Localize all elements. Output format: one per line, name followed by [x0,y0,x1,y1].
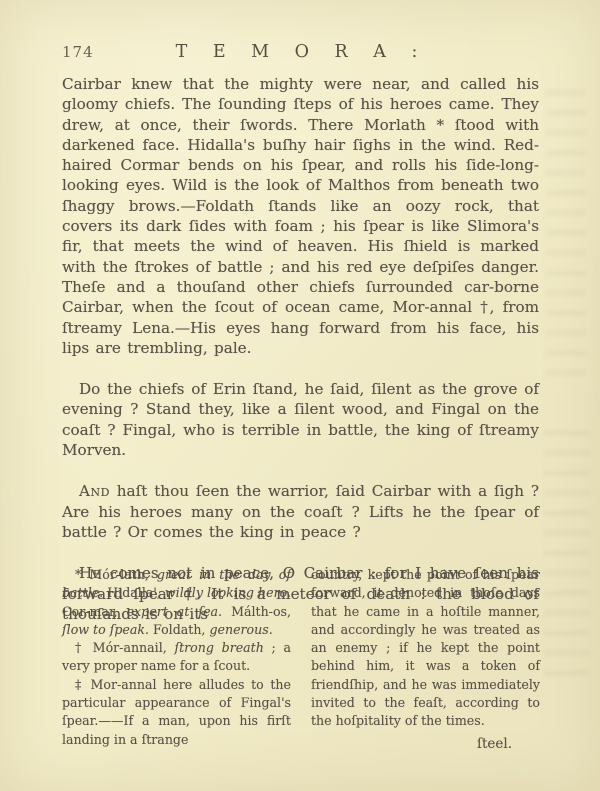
verso-bleedthrough [546,90,586,390]
text-segment: And [79,482,110,500]
paragraph: Cairbar knew that the mighty were near, … [62,74,539,358]
text-segment: expert at ſea. [127,604,222,619]
text-segment: † Mór-annail, [75,640,174,655]
page-number: 174 [62,43,142,61]
paragraph: † Mór-annail, ſtrong breath ; a very pro… [62,639,291,676]
text-segment: Foldath, [149,622,209,637]
paragraph: Do the chiefs of Erin ſtand, he ſaid, ſi… [62,379,539,460]
text-segment: Hidalla', [103,585,165,600]
header-title: T E M O R A : [142,42,458,62]
catchword: ſteel. [62,736,512,752]
verso-bleedthrough [544,430,590,690]
text-segment: Do the chiefs of Erin ſtand, he ſaid, ſi… [62,380,539,459]
footnotes-right-column: country, kept the point of his ſpear for… [311,566,540,749]
text-segment: Cor-mar, [62,604,127,619]
text-segment: wildly looking hero. [165,585,291,600]
text-segment: ſtrong breath [174,640,263,655]
text-segment: Málth-os, [222,604,291,619]
text-segment: * Mór-lath, [75,567,157,582]
text-segment: Cairbar knew that the mighty were near, … [62,75,539,357]
page-header: 174 T E M O R A : [62,42,538,64]
text-segment: ſlow to ſpeak. [62,622,149,637]
paragraph: country, kept the point of his ſpear for… [311,566,540,731]
text-segment: haſt thou ſeen the warrior, ſaid Cairbar… [62,482,539,541]
footnotes: * Mór-lath, great in the day of battle. … [62,566,540,749]
book-page: 174 T E M O R A : Cairbar knew that the … [0,0,600,791]
paragraph: And haſt thou ſeen the warrior, ſaid Cai… [62,481,539,542]
text-segment: country, kept the point of his ſpear for… [311,567,540,728]
footnotes-left-column: * Mór-lath, great in the day of battle. … [62,566,291,749]
paragraph: * Mór-lath, great in the day of battle. … [62,566,291,639]
body-text: Cairbar knew that the mighty were near, … [62,74,539,624]
text-segment: generous. [209,622,272,637]
